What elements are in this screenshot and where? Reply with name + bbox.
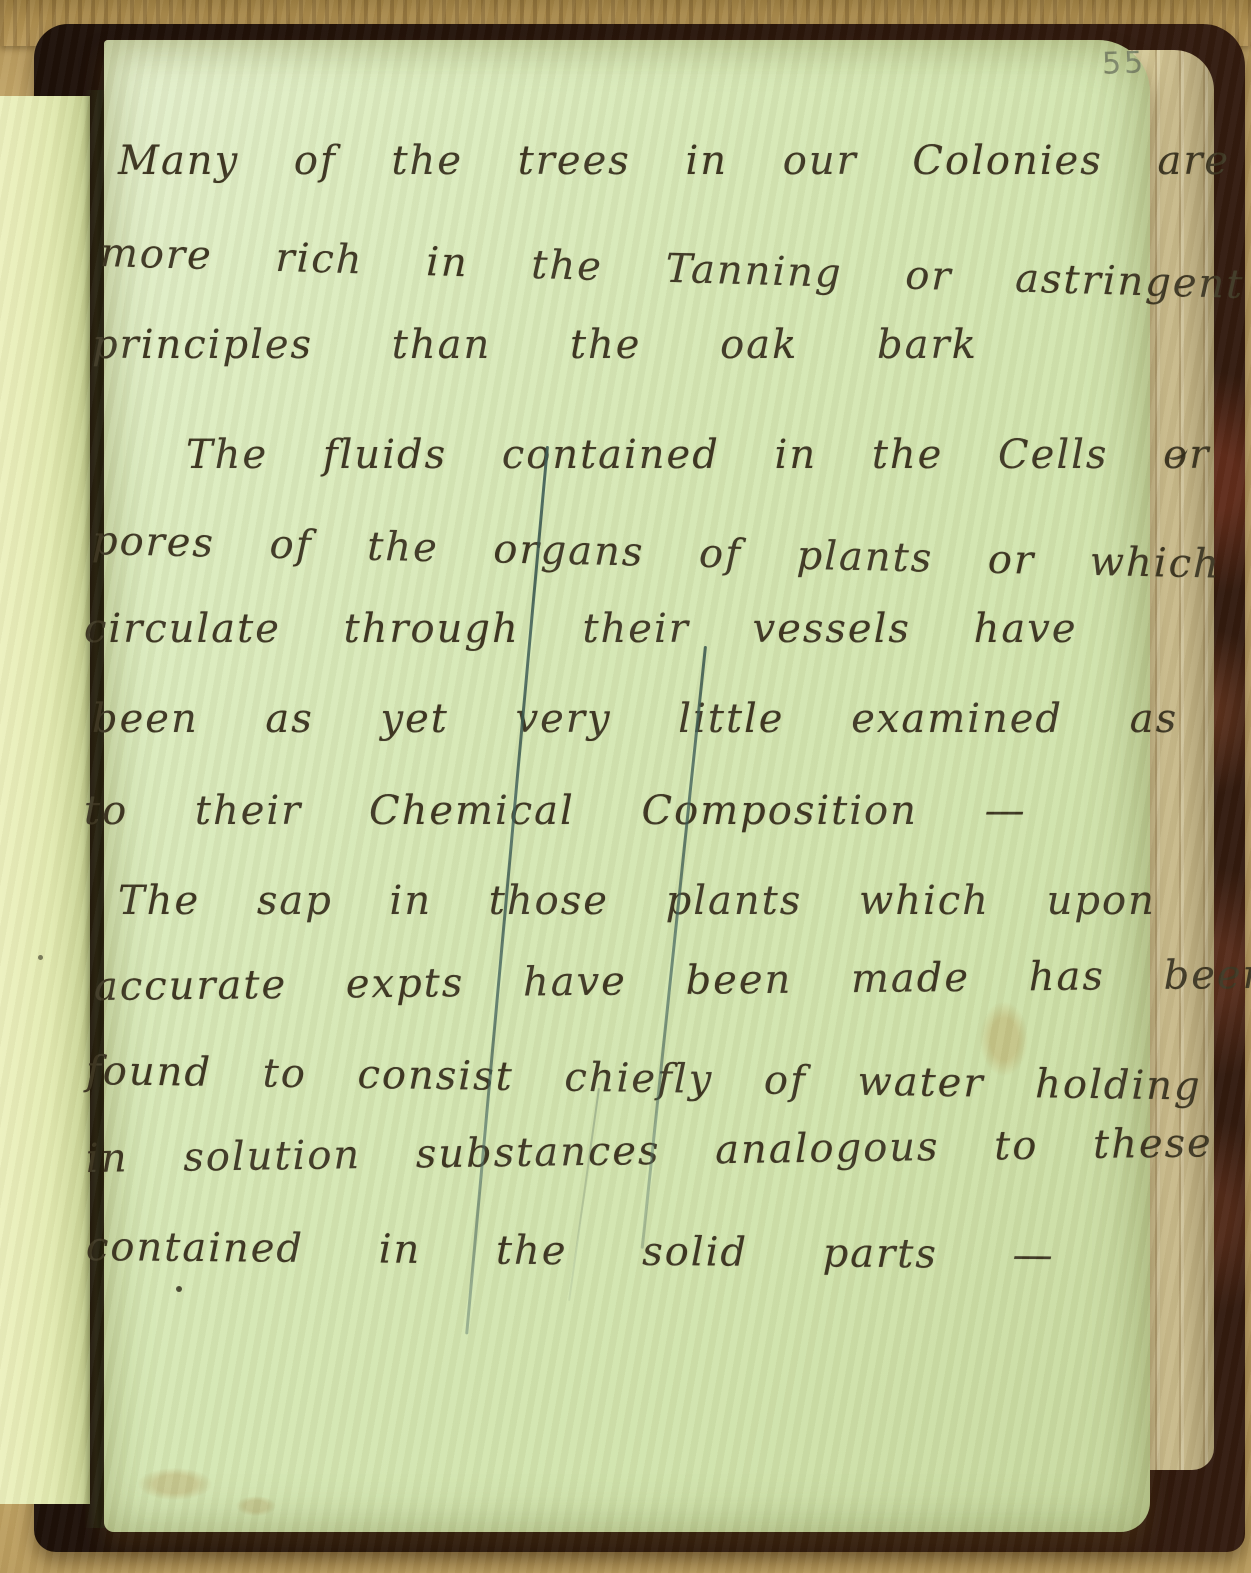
page-number: 55 xyxy=(1101,45,1146,82)
manuscript-photo: 55 Many of the trees in our Colonies are… xyxy=(0,0,1251,1573)
manuscript-line: Many of the trees in our Colonies are xyxy=(118,138,1230,184)
ink-fleck xyxy=(38,955,43,960)
manuscript-line: The sap in those plants which upon xyxy=(118,878,1156,924)
manuscript-line: The fluids contained in the Cells or xyxy=(186,432,1210,478)
manuscript-line: circulate through their vessels have xyxy=(84,606,1078,652)
manuscript-line: principles than the oak bark xyxy=(92,322,978,368)
manuscript-line: contained in the solid parts — xyxy=(86,1224,1055,1278)
manuscript-line: been as yet very little examined as xyxy=(92,696,1178,742)
manuscript-line: to their Chemical Composition — xyxy=(84,788,1027,834)
ink-fleck xyxy=(176,1286,182,1292)
facing-page-edge xyxy=(0,96,90,1504)
